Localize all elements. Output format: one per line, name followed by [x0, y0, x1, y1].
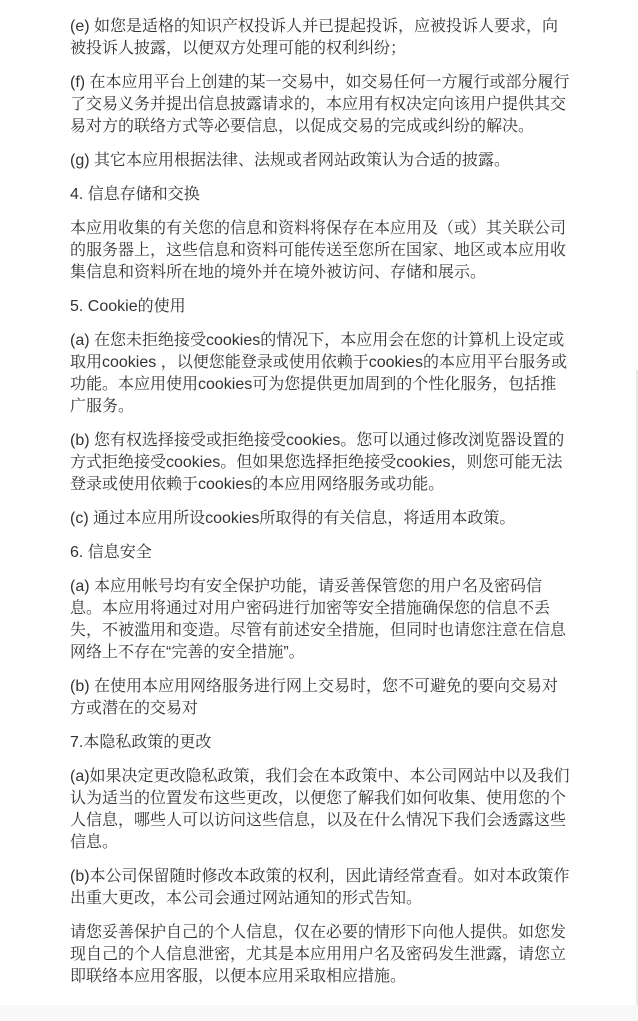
- section-heading-6: 6. 信息安全: [70, 542, 570, 564]
- bottom-edge-band: [0, 1005, 638, 1021]
- policy-clause-f: (f) 在本应用平台上创建的某一交易中，如交易任何一方履行或部分履行了交易义务并…: [70, 72, 570, 138]
- section-5-clause-a: (a) 在您未拒绝接受cookies的情况下，本应用会在您的计算机上设定或取用c…: [70, 330, 570, 418]
- policy-clause-e: (e) 如您是适格的知识产权投诉人并已提起投诉，应被投诉人要求，向被投诉人披露，…: [70, 16, 570, 60]
- section-5-clause-c: (c) 通过本应用所设cookies所取得的有关信息，将适用本政策。: [70, 508, 570, 530]
- closing-advice-paragraph: 请您妥善保护自己的个人信息，仅在必要的情形下向他人提供。如您发现自己的个人信息泄…: [70, 922, 570, 988]
- section-7-clause-a: (a)如果决定更改隐私政策，我们会在本政策中、本公司网站中以及我们认为适当的位置…: [70, 766, 570, 854]
- section-heading-4: 4. 信息存储和交换: [70, 184, 570, 206]
- policy-text-body: (e) 如您是适格的知识产权投诉人并已提起投诉，应被投诉人要求，向被投诉人披露，…: [0, 0, 638, 1021]
- section-6-clause-a: (a) 本应用帐号均有安全保护功能，请妥善保管您的用户名及密码信息。本应用将通过…: [70, 576, 570, 664]
- section-heading-5: 5. Cookie的使用: [70, 296, 570, 318]
- section-heading-7: 7.本隐私政策的更改: [70, 732, 570, 754]
- section-6-clause-b: (b) 在使用本应用网络服务进行网上交易时，您不可避免的要向交易对方或潜在的交易…: [70, 676, 570, 720]
- privacy-policy-page: (e) 如您是适格的知识产权投诉人并已提起投诉，应被投诉人要求，向被投诉人披露，…: [0, 0, 638, 1021]
- section-4-paragraph: 本应用收集的有关您的信息和资料将保存在本应用及（或）其关联公司的服务器上，这些信…: [70, 218, 570, 284]
- policy-clause-g: (g) 其它本应用根据法律、法规或者网站政策认为合适的披露。: [70, 150, 570, 172]
- section-7-clause-b: (b)本公司保留随时修改本政策的权利，因此请经常查看。如对本政策作出重大更改，本…: [70, 866, 570, 910]
- section-5-clause-b: (b) 您有权选择接受或拒绝接受cookies。您可以通过修改浏览器设置的方式拒…: [70, 430, 570, 496]
